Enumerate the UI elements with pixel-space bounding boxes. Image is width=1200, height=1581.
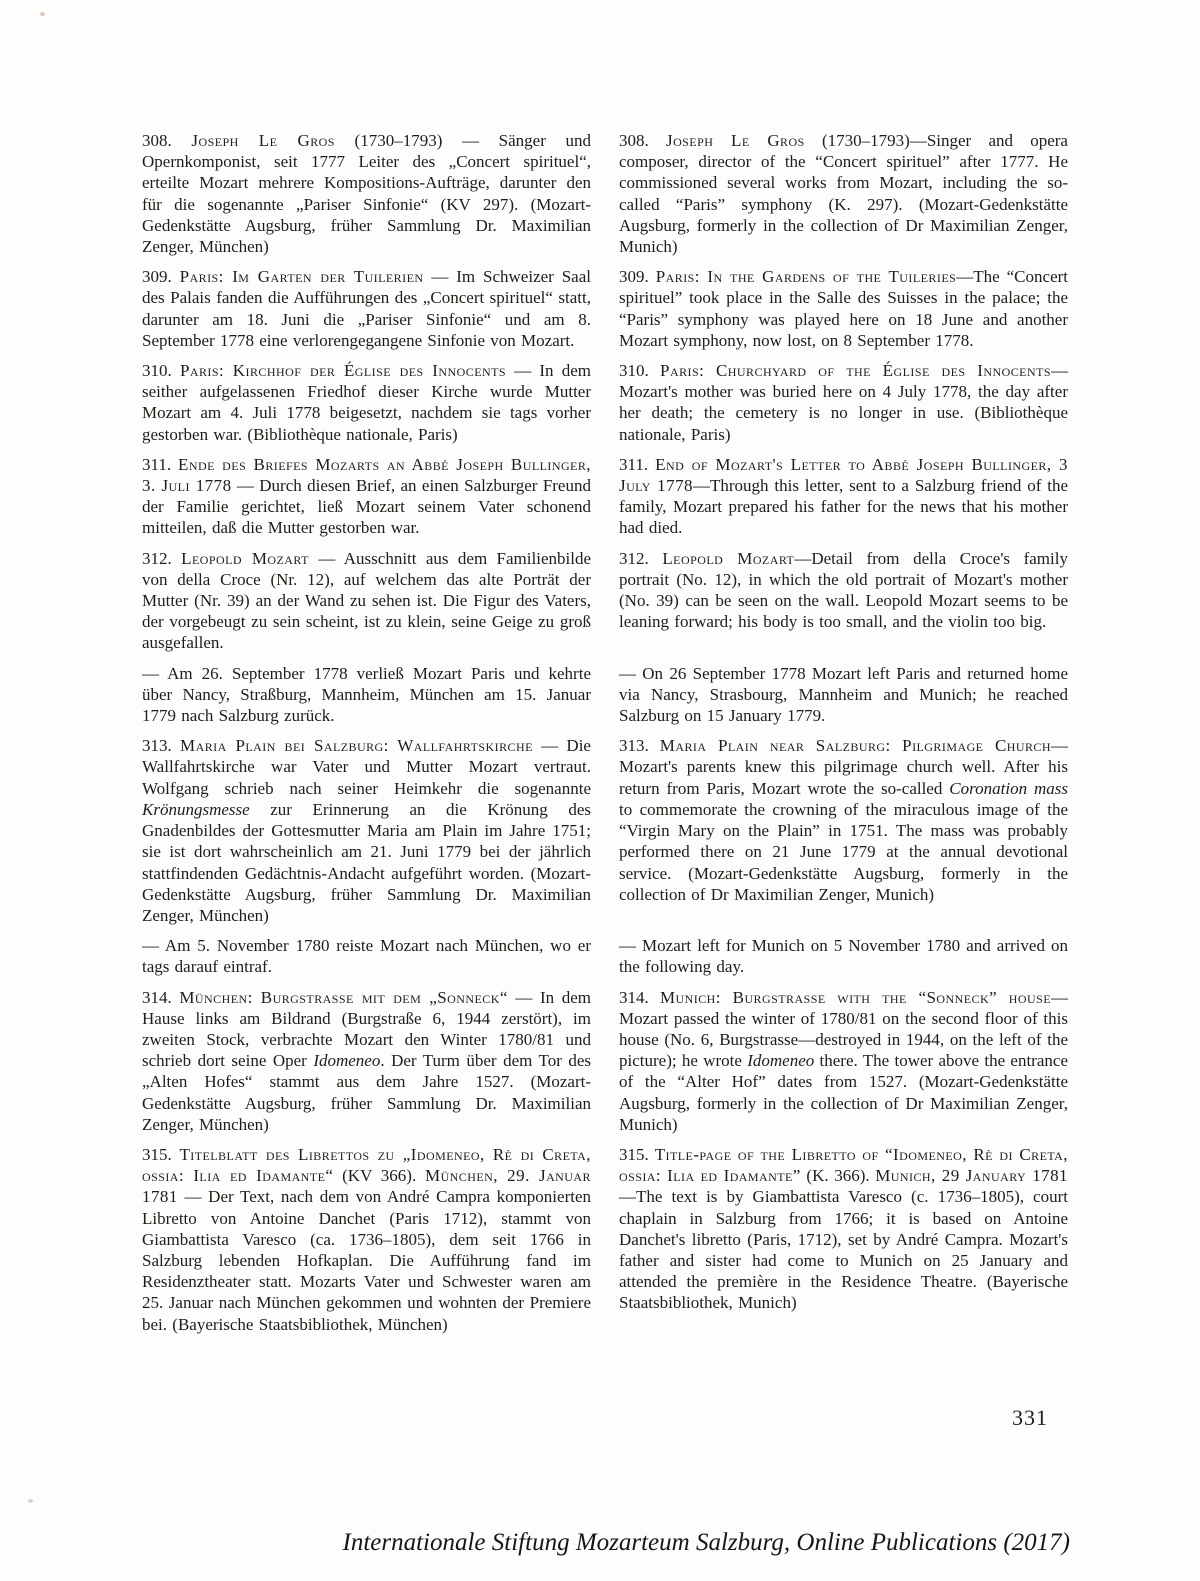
entry-313-german: 313. Maria Plain bei Salzburg: Wallfahrt…: [142, 735, 591, 926]
entry-310-german: 310. Paris: Kirchhof der Église des Inno…: [142, 360, 591, 445]
entry-313n-english: — Mozart left for Munich on 5 November 1…: [619, 935, 1068, 977]
entry-row-313: 313. Maria Plain bei Salzburg: Wallfahrt…: [142, 735, 1068, 926]
entry-312-german: 312. Leopold Mozart — Ausschnitt aus dem…: [142, 548, 591, 654]
entry-311-german: 311. Ende des Briefes Mozarts an Abbé Jo…: [142, 454, 591, 539]
entries-grid: 308. Joseph Le Gros (1730–1793) — Sänger…: [142, 130, 1068, 1344]
entry-311-english: 311. End of Mozart's Letter to Abbé Jose…: [619, 454, 1068, 539]
entry-314-english: 314. Munich: Burgstrasse with the “Sonne…: [619, 987, 1068, 1135]
footer-credit: Internationale Stiftung Mozarteum Salzbu…: [343, 1529, 1071, 1557]
entry-308-english: 308. Joseph Le Gros (1730–1793)—Singer a…: [619, 130, 1068, 257]
entry-312n-english: — On 26 September 1778 Mozart left Paris…: [619, 663, 1068, 727]
entry-row-310: 310. Paris: Kirchhof der Église des Inno…: [142, 360, 1068, 445]
entry-row-312: 312. Leopold Mozart — Ausschnitt aus dem…: [142, 548, 1068, 654]
entry-315-german: 315. Titelblatt des Librettos zu „Idomen…: [142, 1144, 591, 1335]
entry-row-314: 314. München: Burgstrasse mit dem „Sonne…: [142, 987, 1068, 1135]
entry-312-english: 312. Leopold Mozart—Detail from della Cr…: [619, 548, 1068, 633]
entry-row-309: 309. Paris: Im Garten der Tuilerien — Im…: [142, 266, 1068, 351]
entry-309-german: 309. Paris: Im Garten der Tuilerien — Im…: [142, 266, 591, 351]
scan-speck-bottom: [28, 1499, 33, 1503]
entry-row-311: 311. Ende des Briefes Mozarts an Abbé Jo…: [142, 454, 1068, 539]
entry-row-312n: — Am 26. September 1778 verließ Mozart P…: [142, 663, 1068, 727]
scan-speck-top: [40, 12, 45, 16]
entry-313-english: 313. Maria Plain near Salzburg: Pilgrima…: [619, 735, 1068, 905]
entry-315-english: 315. Title-page of the Libretto of “Idom…: [619, 1144, 1068, 1314]
entry-309-english: 309. Paris: In the Gardens of the Tuiler…: [619, 266, 1068, 351]
entry-313n-german: — Am 5. November 1780 reiste Mozart nach…: [142, 935, 591, 977]
entry-310-english: 310. Paris: Churchyard of the Église des…: [619, 360, 1068, 445]
entry-308-german: 308. Joseph Le Gros (1730–1793) — Sänger…: [142, 130, 591, 257]
entry-312n-german: — Am 26. September 1778 verließ Mozart P…: [142, 663, 591, 727]
document-page: { "page": { "number": "331", "footer": "…: [0, 0, 1200, 1581]
entry-row-313n: — Am 5. November 1780 reiste Mozart nach…: [142, 935, 1068, 977]
entry-row-315: 315. Titelblatt des Librettos zu „Idomen…: [142, 1144, 1068, 1335]
page-number: 331: [1012, 1405, 1048, 1431]
entry-314-german: 314. München: Burgstrasse mit dem „Sonne…: [142, 987, 591, 1135]
entry-row-308: 308. Joseph Le Gros (1730–1793) — Sänger…: [142, 130, 1068, 257]
